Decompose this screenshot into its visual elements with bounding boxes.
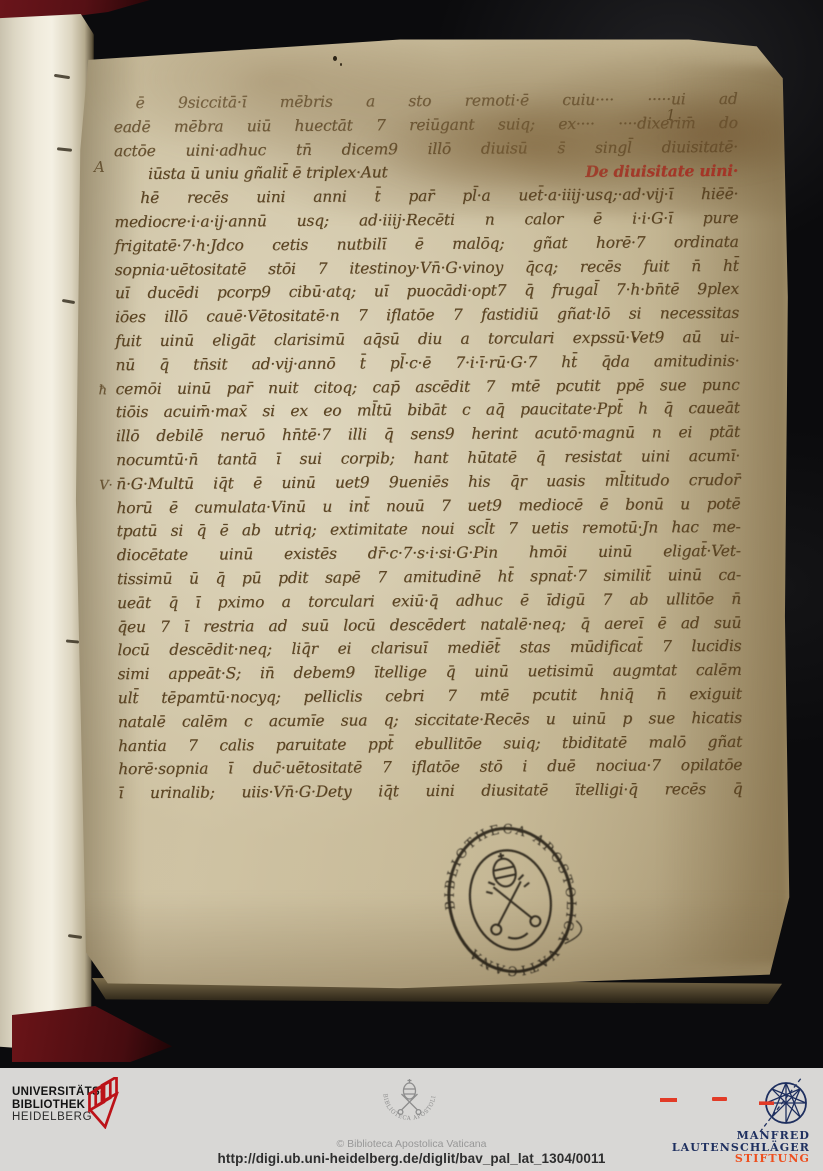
red-dash-icon [660,1098,677,1102]
footer-credit-bar: UNIVERSITÄTS- BIBLIOTHEK HEIDELBERG BIBL… [0,1068,823,1171]
parchment-page: ē 9siccitā·ī mēbris a sto remoti·ē cuiu·… [68,26,790,994]
vatican-emblem-icon: BIBLIOTECA APOSTOLICA VATICANA [367,1074,451,1136]
manuscript-text: ē 9siccitā·ī mēbris a sto remoti·ē cuiu·… [114,88,743,806]
vatican-library-stamp: BIBLIOTHECA APOSTOLICA VATICANA [403,791,616,1004]
lautenschlaeger-stiftung-logo: MANFRED LAUTENSCHLÄGER STIFTUNG [650,1068,810,1171]
book-scan-viewer: ē 9siccitā·ī mēbris a sto remoti·ē cuiu·… [0,0,823,1171]
stiftung-line1: MANFRED [672,1130,810,1142]
wheel-icon [757,1076,813,1136]
rubric-text: De diuisitate uini· [585,159,738,184]
manuscript-line: ī urinalib; uiis·Vn̄·G·Dety iq̄t uini di… [118,778,742,806]
ub-heidelberg-logo: UNIVERSITÄTS- BIBLIOTHEK HEIDELBERG [12,1086,104,1124]
margin-initial: V· [99,474,112,498]
margin-mark: 1 [666,106,676,124]
wormhole-specks [333,56,337,61]
manuscript-photo: ē 9siccitā·ī mēbris a sto remoti·ē cuiu·… [0,0,823,1068]
svg-text:BIBLIOTECA APOSTOLICA VATICANA: BIBLIOTECA APOSTOLICA VATICANA [367,1074,437,1122]
manuscript-line-text: iūsta ū uniu gñalit̄ ē triplex·Aut [148,162,388,187]
margin-mark: A [94,158,105,176]
ub-heidelberg-book-icon [83,1077,123,1129]
red-dash-separator-icon [712,1097,727,1101]
stiftung-line3: STIFTUNG [672,1153,810,1165]
margin-initial: ħ [99,379,107,403]
